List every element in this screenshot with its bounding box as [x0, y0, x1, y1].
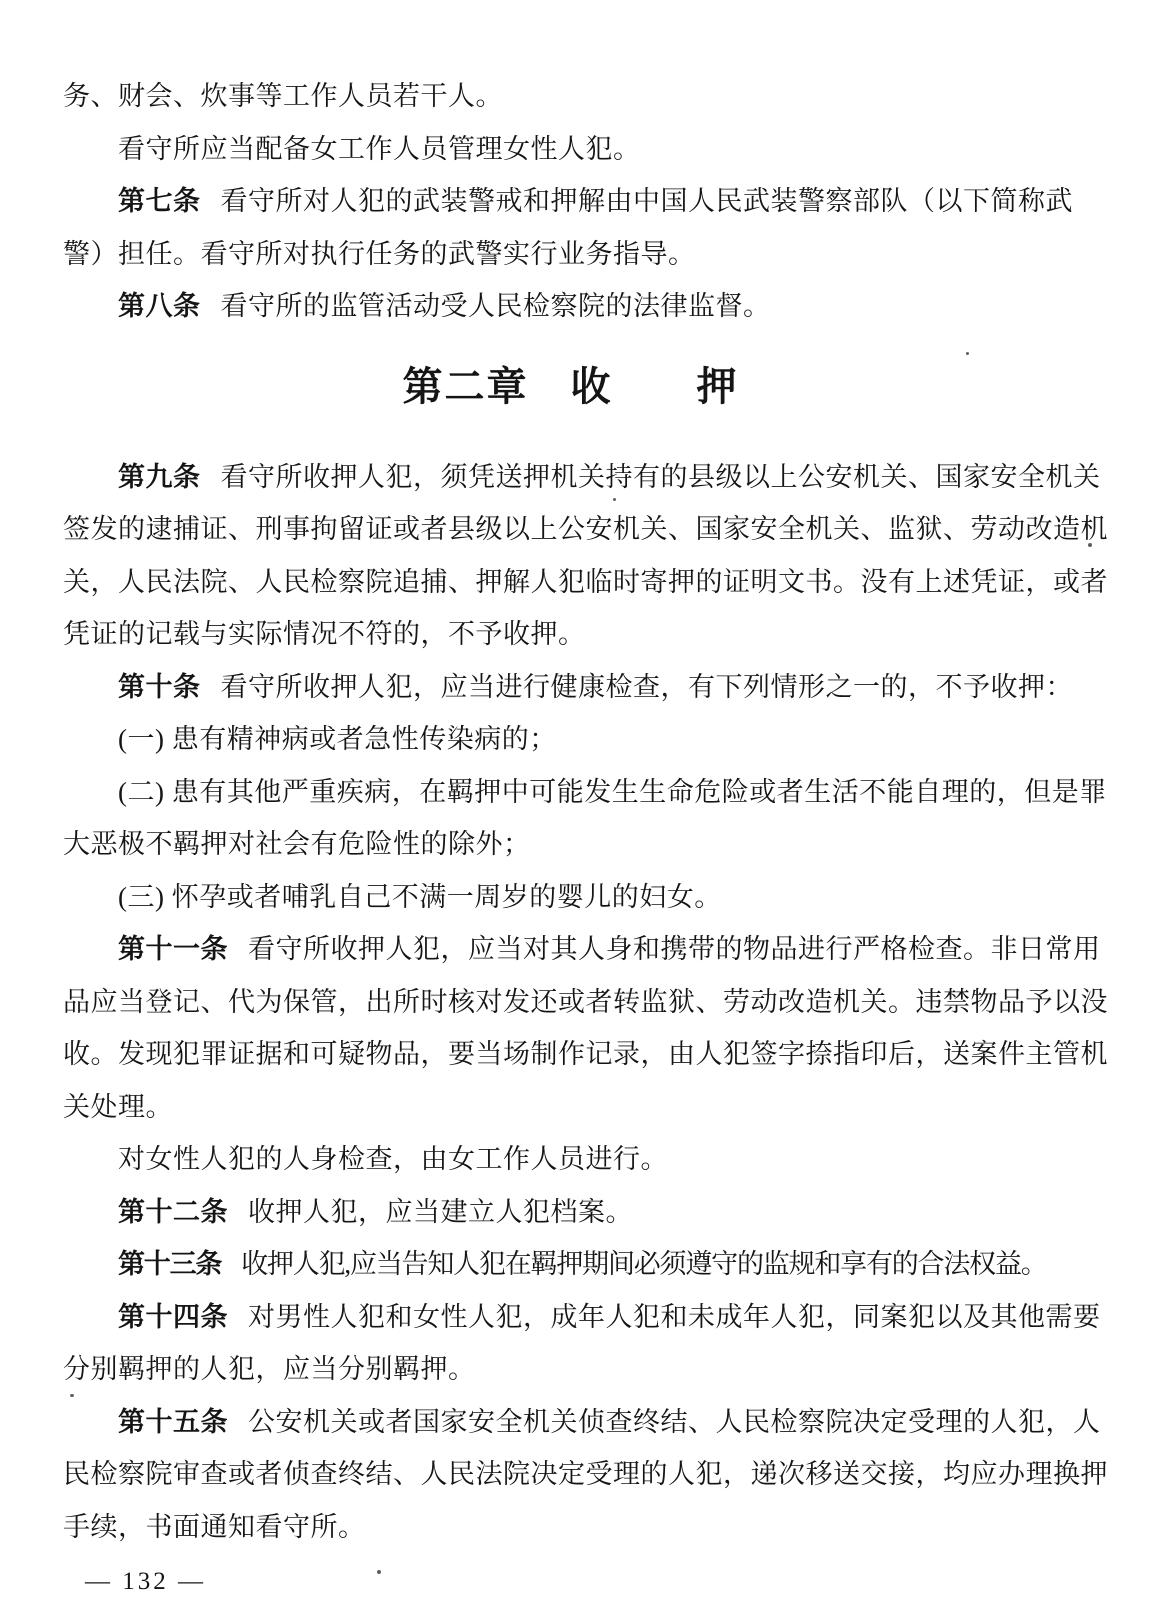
line-text: 收。发现犯罪证据和可疑物品，要当场制作记录，由人犯签字捺指印后，送案件主管机: [63, 1039, 1108, 1069]
line-text: 凭证的记载与实际情况不符的，不予收押。: [63, 619, 586, 649]
line-text: 看守所收押人犯，须凭送押机关持有的县级以上公安机关、国家安全机关: [221, 462, 1101, 492]
text-line: 关处理。: [63, 1081, 1118, 1134]
line-text: 签发的逮捕证、刑事拘留证或者县级以上公安机关、国家安全机关、监狱、劳动改造机: [63, 514, 1108, 544]
line-text: 对男性人犯和女性人犯，成年人犯和未成年人犯，同案犯以及其他需要: [248, 1302, 1101, 1332]
scan-speck: [613, 498, 616, 501]
line-text: 手续，书面通知看守所。: [63, 1512, 366, 1542]
page-number: — 132 —: [63, 1567, 1118, 1597]
line-text: 看守所收押人犯，应当进行健康检查，有下列情形之一的，不予收押：: [221, 672, 1074, 702]
text-line: 品应当登记、代为保管，出所时核对发还或者转监狱、劳动改造机关。违禁物品予以没: [63, 976, 1118, 1029]
text-line: (一) 患有精神病或者急性传染病的；: [63, 713, 1118, 766]
scan-speck: [70, 1394, 74, 1397]
line-text: 分别羁押的人犯，应当分别羁押。: [63, 1354, 476, 1384]
document-page: 务、财会、炊事等工作人员若干人。看守所应当配备女工作人员管理女性人犯。第七条看守…: [0, 0, 1174, 1597]
text-line: 第十一条看守所收押人犯，应当对其人身和携带的物品进行严格检查。非日常用: [63, 923, 1118, 976]
scan-speck: [966, 352, 969, 355]
text-line: 第十五条公安机关或者国家安全机关侦查终结、人民检察院决定受理的人犯，人: [63, 1396, 1118, 1449]
text-line: 务、财会、炊事等工作人员若干人。: [63, 70, 1118, 123]
text-line: (三) 怀孕或者哺乳自己不满一周岁的婴儿的妇女。: [63, 871, 1118, 924]
text-line: 第八条看守所的监管活动受人民检察院的法律监督。: [63, 280, 1118, 333]
line-text: (三) 怀孕或者哺乳自己不满一周岁的婴儿的妇女。: [118, 882, 722, 912]
text-line: 第十四条对男性人犯和女性人犯，成年人犯和未成年人犯，同案犯以及其他需要: [63, 1291, 1118, 1344]
text-line: 签发的逮捕证、刑事拘留证或者县级以上公安机关、国家安全机关、监狱、劳动改造机: [63, 503, 1118, 556]
text-line: 大恶极不羁押对社会有危险性的除外；: [63, 818, 1118, 871]
chapter-heading: 第二章 收 押: [63, 359, 1078, 415]
article-number: 第十条: [118, 672, 201, 702]
text-line: 关，人民法院、人民检察院追捕、押解人犯临时寄押的证明文书。没有上述凭证，或者: [63, 556, 1118, 609]
line-text: 收押人犯，应当建立人犯档案。: [248, 1197, 633, 1227]
text-line: 第九条看守所收押人犯，须凭送押机关持有的县级以上公安机关、国家安全机关: [63, 451, 1118, 504]
line-text: 品应当登记、代为保管，出所时核对发还或者转监狱、劳动改造机关。违禁物品予以没: [63, 987, 1108, 1017]
text-line: (二) 患有其他严重疾病，在羁押中可能发生生命危险或者生活不能自理的，但是罪: [63, 766, 1118, 819]
line-text: 警）担任。看守所对执行任务的武警实行业务指导。: [63, 239, 696, 269]
article-number: 第十四条: [118, 1302, 228, 1332]
article-number: 第十三条: [118, 1249, 221, 1279]
article-number: 第十一条: [118, 934, 228, 964]
line-text: 看守所的监管活动受人民检察院的法律监督。: [221, 291, 771, 321]
scan-speck: [1088, 543, 1092, 547]
line-text: 公安机关或者国家安全机关侦查终结、人民检察院决定受理的人犯，人: [248, 1407, 1101, 1437]
text-line: 第七条看守所对人犯的武装警戒和押解由中国人民武装警察部队（以下简称武: [63, 175, 1118, 228]
article-number: 第九条: [118, 462, 201, 492]
article-number: 第十二条: [118, 1197, 228, 1227]
article-number: 第十五条: [118, 1407, 228, 1437]
line-text: 看守所应当配备女工作人员管理女性人犯。: [118, 134, 641, 164]
chapter-body-paragraphs: 第九条看守所收押人犯，须凭送押机关持有的县级以上公安机关、国家安全机关签发的逮捕…: [63, 451, 1118, 1554]
line-text: 看守所对人犯的武装警戒和押解由中国人民武装警察部队（以下简称武: [221, 186, 1074, 216]
scanned-document: { "document": { "chapter_heading": "第二章 …: [0, 0, 1174, 1603]
text-line: 分别羁押的人犯，应当分别羁押。: [63, 1343, 1118, 1396]
line-text: (二) 患有其他严重疾病，在羁押中可能发生生命危险或者生活不能自理的，但是罪: [118, 777, 1107, 807]
text-line: 第十条看守所收押人犯，应当进行健康检查，有下列情形之一的，不予收押：: [63, 661, 1118, 714]
article-number: 第八条: [118, 291, 201, 321]
text-line: 第十二条收押人犯，应当建立人犯档案。: [63, 1186, 1118, 1239]
text-line: 警）担任。看守所对执行任务的武警实行业务指导。: [63, 228, 1118, 281]
text-line: 看守所应当配备女工作人员管理女性人犯。: [63, 123, 1118, 176]
text-line: 手续，书面通知看守所。: [63, 1501, 1118, 1554]
article-number: 第七条: [118, 186, 201, 216]
line-text: 民检察院审查或者侦查终结、人民法院决定受理的人犯，递次移送交接，均应办理换押: [63, 1459, 1108, 1489]
text-line: 收。发现犯罪证据和可疑物品，要当场制作记录，由人犯签字捺指印后，送案件主管机: [63, 1028, 1118, 1081]
line-text: 大恶极不羁押对社会有危险性的除外；: [63, 829, 531, 859]
text-line: 民检察院审查或者侦查终结、人民法院决定受理的人犯，递次移送交接，均应办理换押: [63, 1448, 1118, 1501]
scan-speck: [377, 1570, 381, 1574]
line-text: 收押人犯,应当告知人犯在羁押期间必须遵守的监规和享有的合法权益。: [241, 1249, 1046, 1279]
intro-paragraphs: 务、财会、炊事等工作人员若干人。看守所应当配备女工作人员管理女性人犯。第七条看守…: [63, 70, 1118, 333]
line-text: 看守所收押人犯，应当对其人身和携带的物品进行严格检查。非日常用: [248, 934, 1101, 964]
text-line: 第十三条收押人犯,应当告知人犯在羁押期间必须遵守的监规和享有的合法权益。: [63, 1238, 1118, 1291]
line-text: 对女性人犯的人身检查，由女工作人员进行。: [118, 1144, 668, 1174]
text-line: 对女性人犯的人身检查，由女工作人员进行。: [63, 1133, 1118, 1186]
text-line: 凭证的记载与实际情况不符的，不予收押。: [63, 608, 1118, 661]
line-text: 务、财会、炊事等工作人员若干人。: [63, 81, 503, 111]
line-text: (一) 患有精神病或者急性传染病的；: [118, 724, 557, 754]
line-text: 关，人民法院、人民检察院追捕、押解人犯临时寄押的证明文书。没有上述凭证，或者: [63, 567, 1108, 597]
line-text: 关处理。: [63, 1092, 173, 1122]
